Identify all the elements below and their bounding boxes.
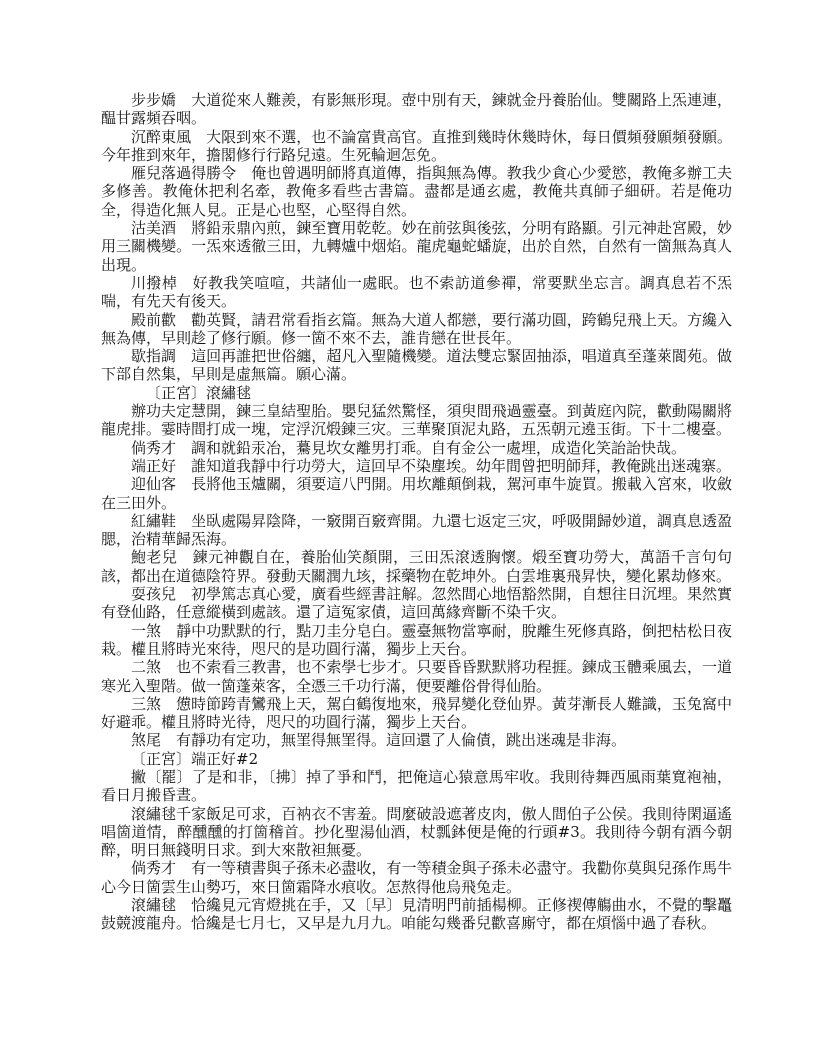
stanza-hongxiuxie: 紅繡鞋 坐臥處陽昇陰降，一竅開百竅齊開。九還七返定三灾，呼吸開歸妙道，調真息透盈… bbox=[101, 512, 732, 549]
stanza-tangxiucai-1: 倘秀才 調和就鉛汞冶，驀見坎女離男打乖。自有金公一處埋，成造化笑詒詒快哉。 bbox=[101, 439, 732, 457]
stanza-chuanbozhao: 川撥棹 好教我笑喧喧，共諸仙一處眠。也不索訪道參禪，常要默坐忘言。調真息若不炁喘… bbox=[101, 274, 732, 311]
stanza-tangxiucai-2: 倘秀才 有一等積書與子孫未必盡收，有一等積金與子孫未必盡守。我勸你莫與兒孫作馬牛… bbox=[101, 859, 732, 896]
stanza-baolaoer: 鮑老兒 鍊元神觀自在，養胎仙笑顏開，三田炁滾透胸懷。煅至寶功勞大，萬語千言句句該… bbox=[101, 548, 732, 585]
stanza-gunxiuqiu-3: 滾繡毬 恰纔見元宵燈挑在手，又〔早〕見清明門前插楊柳。正修禊傳觴曲水，不覺的擊鼉… bbox=[101, 896, 732, 933]
stanza-shuahaier: 耍孩兒 初學篤志真心愛，廣看些經書註解。忽然間心地悟豁然開，自想往日沉埋。果然實… bbox=[101, 585, 732, 622]
stanza-yanerluo: 雁兒落過得勝令 俺也曾遇明師將真道傳，指與無為傳。教我少貪心少愛慾，教俺多辦工夫… bbox=[101, 164, 732, 219]
section-heading-gunxiuqiu: 〔正宮〕滾繡毬 bbox=[101, 384, 732, 402]
stanza-chenzui-dongfeng: 沉醉東風 大限到來不選，也不論富貴高官。直推到幾時休幾時休，每日價頻發願頻發願。… bbox=[101, 128, 732, 165]
stanza-shawei: 煞尾 有靜功有定功，無罣得無罣得。這回還了人倫債，跳出迷魂是非海。 bbox=[101, 731, 732, 749]
stanza-ersha: 二煞 也不索看三教書，也不索學七步才。只要昏昏默默將功程捱。鍊成玉體乘風去，一道… bbox=[101, 658, 732, 695]
text-body: 步步嬌 大道從來人難羨，有影無形現。壺中別有天，鍊就金丹養胎仙。雙關路上炁連連，… bbox=[101, 91, 732, 933]
stanza-bubujiao: 步步嬌 大道從來人難羨，有影無形現。壺中別有天，鍊就金丹養胎仙。雙關路上炁連連，… bbox=[101, 91, 732, 128]
stanza-sansha: 三煞 憊時節跨青鸞飛上天，駕白鶴復地來，飛昇變化登仙界。黃芽漸長人難識，玉兔窩中… bbox=[101, 695, 732, 732]
stanza-gumeijiu: 沽美酒 將鉛汞鼎內煎，鍊至寶用乾乾。妙在前弦與後弦，分明有路顯。引元神赴宮殿，妙… bbox=[101, 219, 732, 274]
stanza-duanzhenghao-1: 端正好 誰知道我靜中行功勞大，這回早不染塵埃。幼年間曾把明師拜，教俺跳出迷魂寨。 bbox=[101, 457, 732, 475]
stanza-gunxiuqiu-1: 辦功夫定慧開，鍊三皇結聖胎。嬰兒猛然驚怪，須臾間飛過靈臺。到黃庭內院，歡動陽關將… bbox=[101, 402, 732, 439]
section-heading-duanzhenghao: 〔正宮〕端正好#2 bbox=[101, 750, 732, 768]
stanza-gunxiuqiu-2: 滾繡毬千家飯足可求，百衲衣不害羞。問麼破設遮著皮肉，傲人間伯子公侯。我則待閑逼遙… bbox=[101, 805, 732, 860]
document-page: 步步嬌 大道從來人難羨，有影無形現。壺中別有天，鍊就金丹養胎仙。雙關路上炁連連，… bbox=[0, 0, 816, 1056]
stanza-xiezhidiao: 歇指調 這回再誰把世俗纏，超凡入聖隨機變。道法雙忘緊固抽添，唱道真至蓬萊閬苑。做… bbox=[101, 347, 732, 384]
stanza-duanzhenghao-2: 撇〔罷〕了是和非，〔拂〕掉了爭和鬥，把俺這心猿意馬牢收。我則待舞西風雨葉寬袍袖，… bbox=[101, 768, 732, 805]
stanza-yisha: 一煞 靜中功默默的行，點刀圭分皂白。靈臺無物當寧耐，脫離生死修真路，倒把枯松日夜… bbox=[101, 622, 732, 659]
stanza-dianqianhuan: 殿前歡 勸英賢，請君常看指玄篇。無為大道人都戀，要行滿功圓，跨鶴兒飛上天。方纔入… bbox=[101, 311, 732, 348]
stanza-yingxianke: 迎仙客 長將他玉爐關，須要這八門開。用坎離顛倒栽，駕河車牛旋買。搬載入宮來，收斂… bbox=[101, 475, 732, 512]
